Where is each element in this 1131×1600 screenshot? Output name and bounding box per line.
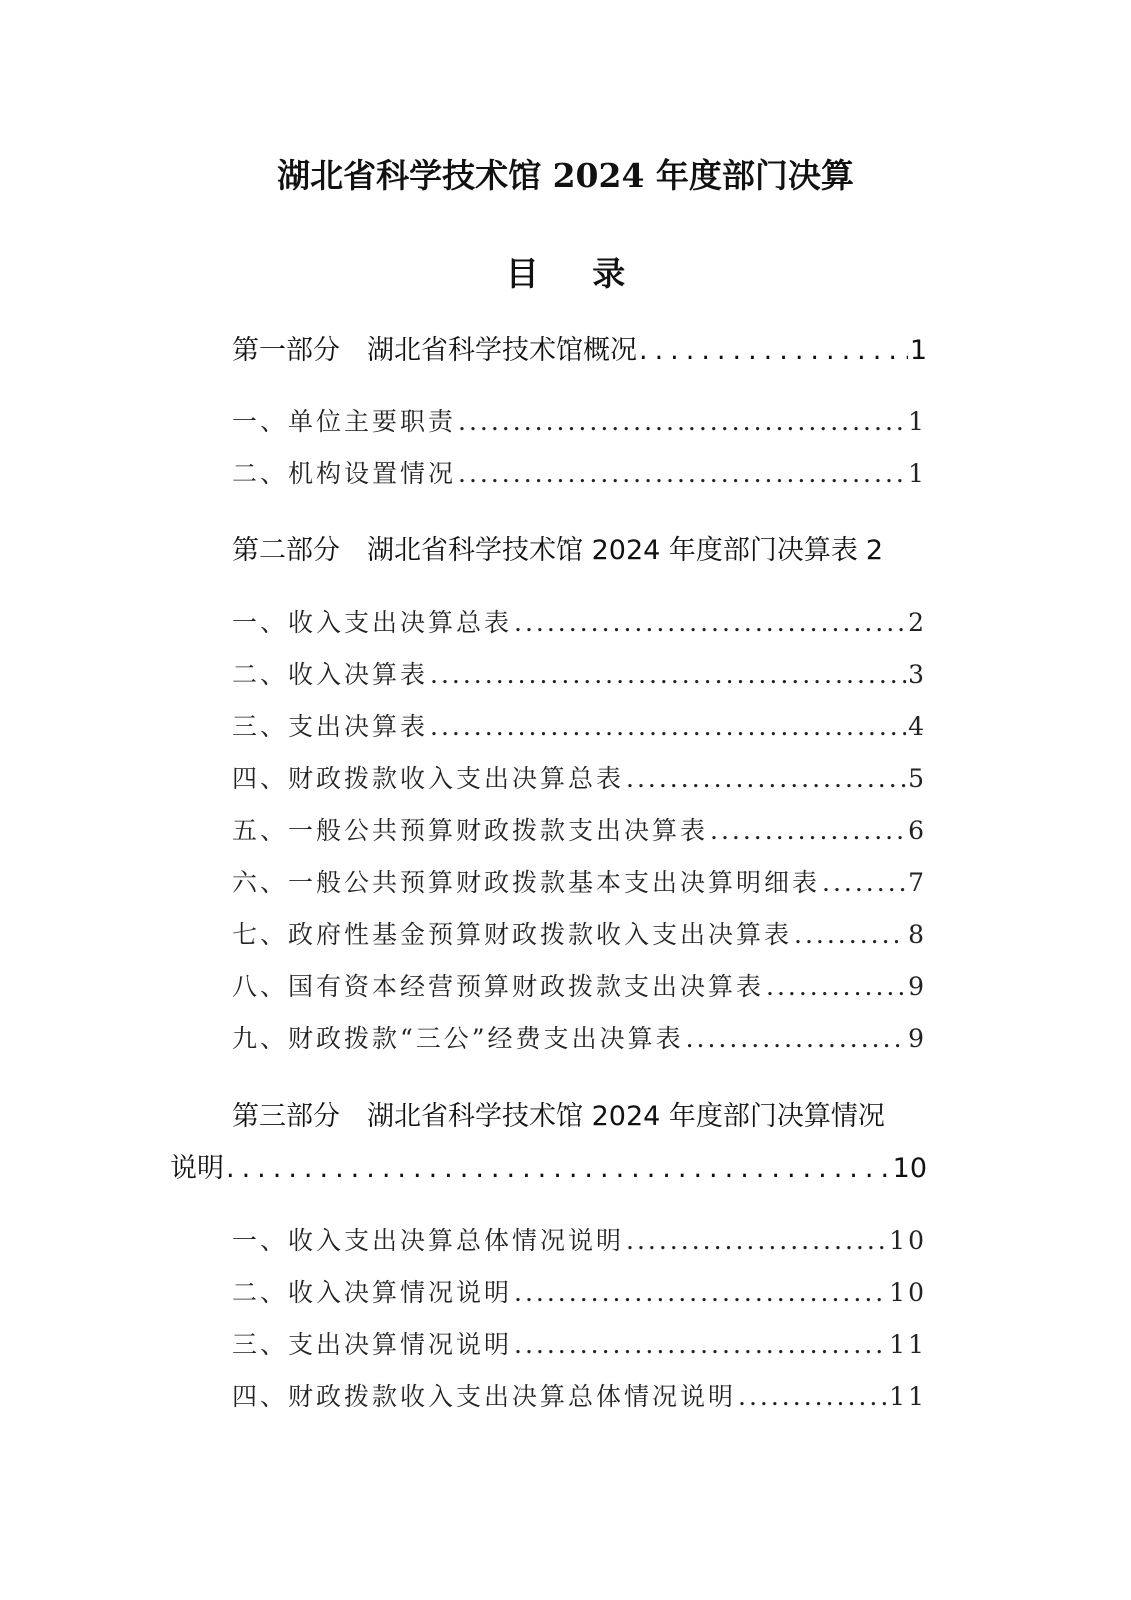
toc-entry-label: 七、政府性基金预算财政拨款收入支出决算表 xyxy=(232,915,792,951)
toc-entry-label: 五、一般公共预算财政拨款支出决算表 xyxy=(232,811,708,847)
toc-entry[interactable]: 五、一般公共预算财政拨款支出决算表 6 xyxy=(232,811,927,847)
toc-entry-label: 一、收入支出决算总表 xyxy=(232,603,512,639)
toc-entry-page: 11 xyxy=(889,1382,927,1411)
toc-entry-page: 2 xyxy=(908,608,927,637)
toc-entry[interactable]: 二、收入决算表 3 xyxy=(232,655,927,691)
dot-leader xyxy=(639,335,908,366)
toc-entry-label: 说明 xyxy=(170,1146,224,1185)
toc-entry[interactable]: 九、财政拨款“三公”经费支出决算表 9 xyxy=(232,1019,927,1055)
toc-entry-label: 六、一般公共预算财政拨款基本支出决算明细表 xyxy=(232,863,820,899)
toc-entry-page: 8 xyxy=(908,920,927,949)
toc-entry-part3-line1[interactable]: 第三部分 湖北省科学技术馆 2024 年度部门决算情况 xyxy=(232,1094,932,1133)
toc-entry-page: 10 xyxy=(889,1278,927,1307)
toc-entry[interactable]: 六、一般公共预算财政拨款基本支出决算明细表 7 xyxy=(232,863,927,899)
toc-entry-page: 11 xyxy=(889,1330,927,1359)
dot-leader xyxy=(738,1382,887,1411)
toc-entry[interactable]: 七、政府性基金预算财政拨款收入支出决算表 8 xyxy=(232,915,927,951)
toc-entry-page: 9 xyxy=(908,1024,927,1053)
toc-entry-part3-line2[interactable]: 说明 10 xyxy=(170,1146,927,1185)
dot-leader xyxy=(430,660,906,689)
dot-leader xyxy=(458,459,906,488)
toc-entry-page: 3 xyxy=(908,660,927,689)
toc-entry[interactable]: 四、财政拨款收入支出决算总表 5 xyxy=(232,759,927,795)
toc-entry-page: 1 xyxy=(908,407,927,436)
toc-entry-label: 九、财政拨款“三公”经费支出决算表 xyxy=(232,1019,684,1055)
toc-entry-label: 三、支出决算表 xyxy=(232,707,428,743)
dot-leader xyxy=(514,608,906,637)
toc-entry[interactable]: 一、单位主要职责 1 xyxy=(232,402,927,438)
toc-entry[interactable]: 一、收入支出决算总表 2 xyxy=(232,603,927,639)
toc-entry-page: 5 xyxy=(908,764,927,793)
dot-leader xyxy=(626,1226,887,1255)
dot-leader xyxy=(794,920,906,949)
toc-entry-part2[interactable]: 第二部分 湖北省科学技术馆 2024 年度部门决算表 2 xyxy=(232,528,927,567)
toc-entry[interactable]: 二、收入决算情况说明 10 xyxy=(232,1273,927,1309)
dot-leader xyxy=(458,407,906,436)
toc-entry-page: 7 xyxy=(908,868,927,897)
toc-entry[interactable]: 三、支出决算情况说明 11 xyxy=(232,1325,927,1361)
toc-entry-page: 1 xyxy=(910,335,927,366)
toc-heading: 目 录 xyxy=(0,248,1131,295)
toc-entry-label: 第一部分 湖北省科学技术馆概况 xyxy=(232,328,637,367)
toc-entry-page: 6 xyxy=(908,816,927,845)
toc-entry-part1[interactable]: 第一部分 湖北省科学技术馆概况 1 xyxy=(232,328,927,367)
dot-leader xyxy=(686,1024,907,1053)
toc-entry-label: 一、单位主要职责 xyxy=(232,402,456,438)
toc-entry-label: 二、机构设置情况 xyxy=(232,454,456,490)
dot-leader xyxy=(514,1330,887,1359)
toc-entry-label: 八、国有资本经营预算财政拨款支出决算表 xyxy=(232,967,764,1003)
toc-entry-label: 二、收入决算情况说明 xyxy=(232,1273,512,1309)
document-title: 湖北省科学技术馆 2024 年度部门决算 xyxy=(0,150,1131,197)
toc-entry-label: 二、收入决算表 xyxy=(232,655,428,691)
toc-entry-label: 三、支出决算情况说明 xyxy=(232,1325,512,1361)
toc-entry[interactable]: 八、国有资本经营预算财政拨款支出决算表 9 xyxy=(232,967,927,1003)
toc-entry-page: 4 xyxy=(908,712,927,741)
dot-leader xyxy=(766,972,906,1001)
document-page: 湖北省科学技术馆 2024 年度部门决算 目 录 第一部分 湖北省科学技术馆概况… xyxy=(0,0,1131,1600)
toc-entry[interactable]: 一、收入支出决算总体情况说明 10 xyxy=(232,1221,927,1257)
toc-entry[interactable]: 四、财政拨款收入支出决算总体情况说明 11 xyxy=(232,1377,927,1413)
toc-entry-label: 四、财政拨款收入支出决算总体情况说明 xyxy=(232,1377,736,1413)
dot-leader xyxy=(430,712,906,741)
toc-entry[interactable]: 三、支出决算表 4 xyxy=(232,707,927,743)
toc-entry-label: 四、财政拨款收入支出决算总表 xyxy=(232,759,624,795)
dot-leader xyxy=(710,816,906,845)
dot-leader xyxy=(226,1153,891,1184)
toc-entry-label: 一、收入支出决算总体情况说明 xyxy=(232,1221,624,1257)
toc-entry[interactable]: 二、机构设置情况 1 xyxy=(232,454,927,490)
toc-entry-label: 第二部分 湖北省科学技术馆 2024 年度部门决算表 xyxy=(232,528,858,567)
toc-entry-page: 10 xyxy=(889,1226,927,1255)
toc-entry-page: 10 xyxy=(893,1153,927,1184)
toc-entry-page: 9 xyxy=(908,972,927,1001)
toc-entry-page: 2 xyxy=(866,535,883,566)
toc-entry-page: 1 xyxy=(908,459,927,488)
dot-leader xyxy=(822,868,906,897)
dot-leader xyxy=(514,1278,887,1307)
dot-leader xyxy=(626,764,906,793)
